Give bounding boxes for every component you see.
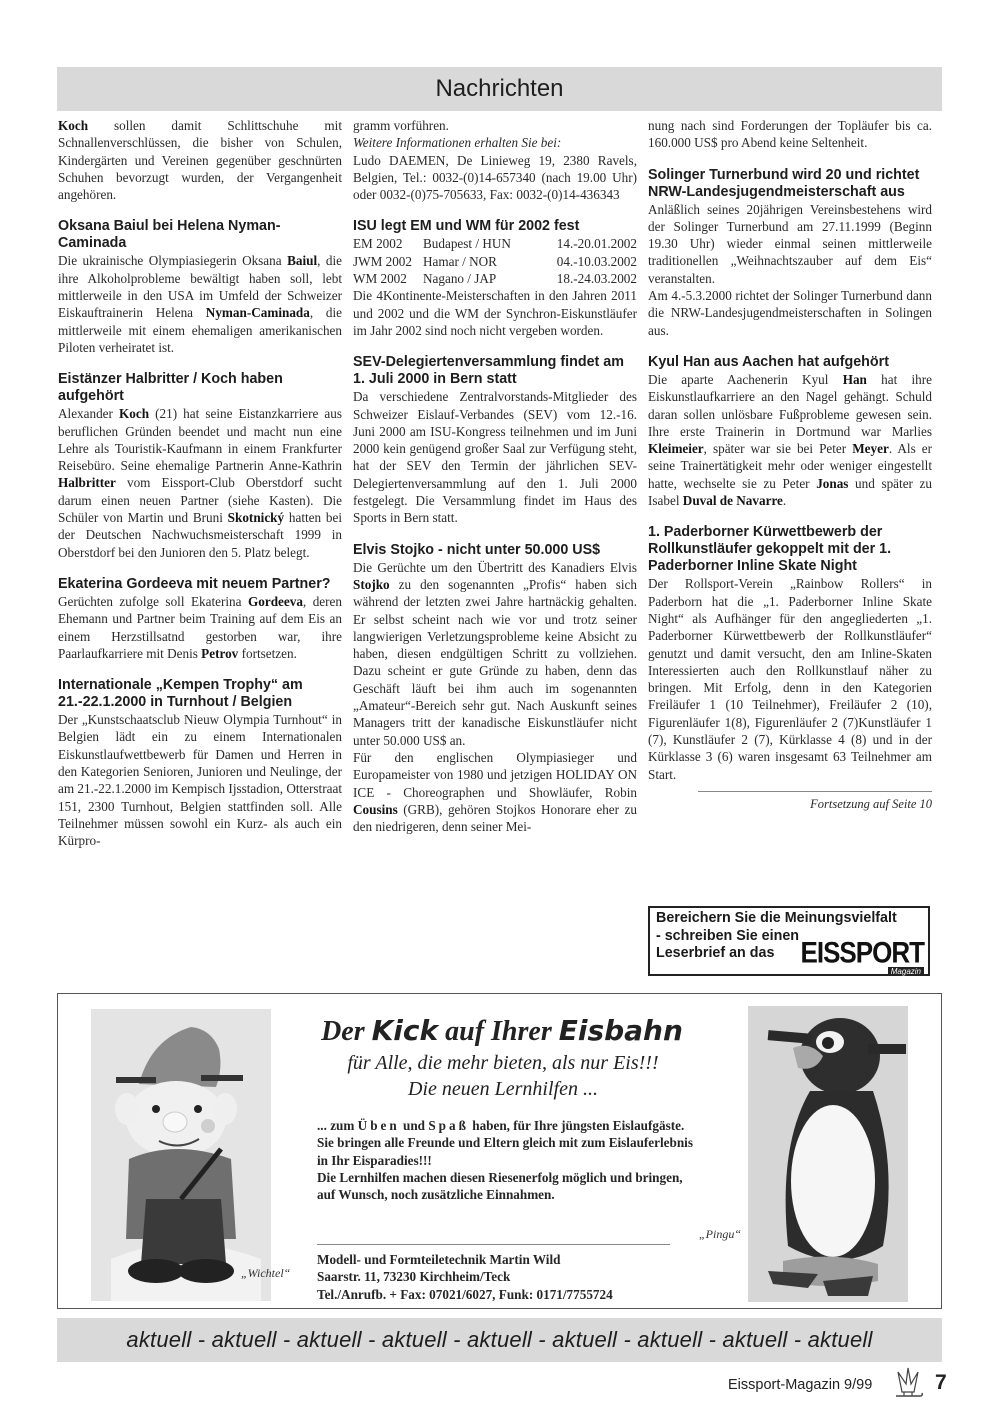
aktuell-banner: aktuell - aktuell - aktuell - aktuell - …	[57, 1318, 942, 1362]
photo-caption-pingu: „Pingu“	[699, 1227, 741, 1242]
article-headline-sev: SEV-Delegiertenversammlung findet am 1. …	[353, 354, 637, 388]
bold-name: Stojko	[353, 577, 390, 592]
article-headline-isu: ISU legt EM und WM für 2002 fest	[353, 218, 637, 235]
article-headline-han: Kyul Han aus Aachen hat aufgehört	[648, 354, 932, 371]
article-headline-gordeeva: Ekaterina Gordeeva mit neuem Partner?	[58, 576, 342, 593]
bold-name: Gordeeva	[248, 594, 303, 609]
eissport-logo: EISSPORT Magazin	[801, 937, 924, 968]
article-text: Die ukrainische Olympiasiegerin Oksana	[58, 253, 287, 268]
ad-contact-phone: Tel./Anrufb. + Fax: 07021/6027, Funk: 01…	[317, 1286, 717, 1303]
isu-schedule-table: EM 2002 Budapest / HUN 14.-20.01.2002 JW…	[353, 235, 637, 287]
article-body-sev: Da verschiedene Zentralvorstands-Mitglie…	[353, 388, 637, 526]
table-cell-location: Hamar / NOR	[423, 253, 535, 270]
penguin-figure-icon	[748, 1006, 908, 1302]
bold-name: Koch	[58, 118, 88, 133]
wichtel-photo	[91, 1009, 271, 1301]
aktuell-banner-text: aktuell - aktuell - aktuell - aktuell - …	[57, 1327, 942, 1353]
article-intro-continued: Koch sollen damit Schlittschuhe mit Schn…	[58, 117, 342, 203]
ad-body-line-1: ... zum Üben und Spaß haben, für Ihre jü…	[317, 1117, 697, 1134]
ad-text: und	[400, 1118, 429, 1133]
ad-body-line-3: Die Lernhilfen machen diesen Riesenerfol…	[317, 1169, 697, 1204]
ad-text: ... zum	[317, 1118, 358, 1133]
article-body-paderborn: Der Rollsport-Verein „Rainbow Rollers“ i…	[648, 575, 932, 783]
ad-text-spaced: Spaß	[428, 1118, 469, 1133]
advertisement-box: „Wichtel“ Der Kick auf Ihrer Eisbahn für…	[57, 993, 942, 1309]
ad-subline-1: für Alle, die mehr bieten, als nur Eis!!…	[288, 1052, 718, 1075]
column-3: nung nach sind Forderungen der Topläufer…	[648, 117, 932, 813]
ad-text: haben, für Ihre jüngsten Eislaufgäste.	[469, 1118, 684, 1133]
ad-body-text: ... zum Üben und Spaß haben, für Ihre jü…	[317, 1117, 697, 1203]
bold-name: Koch	[119, 406, 149, 421]
bold-name: Kleimeier	[648, 441, 704, 456]
table-cell-dates: 18.-24.03.2002	[535, 270, 637, 287]
eissport-logo-subtext: Magazin	[888, 967, 924, 976]
column-1: Koch sollen damit Schlittschuhe mit Schn…	[58, 117, 342, 850]
ad-headline-text: auf Ihrer	[438, 1016, 559, 1047]
bold-name: Skotnický	[228, 510, 284, 525]
article-text: Die Gerüchte um den Übertritt des Kanadi…	[353, 560, 637, 575]
table-row: WM 2002 Nagano / JAP 18.-24.03.2002	[353, 270, 637, 287]
article-text: Gerüchten zufolge soll Ekaterina	[58, 594, 248, 609]
table-cell-dates: 04.-10.03.2002	[535, 253, 637, 270]
article-text: .	[783, 493, 786, 508]
article-headline-paderborn: 1. Paderborner Kürwettbewerb der Rollkun…	[648, 524, 932, 575]
table-cell-event: WM 2002	[353, 270, 423, 287]
article-text: Alexander	[58, 406, 119, 421]
article-body-stojko-2: Für den englischen Olympiasieger und Eur…	[353, 749, 637, 835]
article-text: fortsetzen.	[238, 646, 297, 661]
letter-to-editor-box: Bereichern Sie die Meinungsvielfalt - sc…	[648, 906, 930, 976]
column-2: gramm vorführen. Weitere Informationen e…	[353, 117, 637, 835]
bold-name: Meyer	[852, 441, 889, 456]
bold-name: Nyman-Caminada	[206, 305, 310, 320]
pingu-photo	[748, 1006, 908, 1302]
bold-name: Halbritter	[58, 475, 116, 490]
bold-name: Cousins	[353, 802, 398, 817]
table-cell-location: Nagano / JAP	[423, 270, 535, 287]
section-title: Nachrichten	[57, 75, 942, 103]
article-body-stojko-1: Die Gerüchte um den Übertritt des Kanadi…	[353, 559, 637, 749]
bold-name: Baiul	[287, 253, 317, 268]
page-number: 7	[935, 1371, 947, 1395]
article-headline-solingen: Solinger Turnerbund wird 20 und richtet …	[648, 167, 932, 201]
table-cell-location: Budapest / HUN	[423, 235, 535, 252]
bold-name: Petrov	[201, 646, 238, 661]
ad-divider	[317, 1244, 670, 1245]
skate-blade-logo-icon	[894, 1366, 924, 1402]
ad-contact-address: Saarstr. 11, 73230 Kirchheim/Teck	[317, 1268, 717, 1285]
article-text: , später war sie bei Peter	[704, 441, 853, 456]
article-text: zu den sogenannten „Profis“ haben sich w…	[353, 577, 637, 748]
ad-headline-eisbahn: Eisbahn	[559, 1014, 683, 1047]
article-text: sollen damit Schlittschuhe mit Schnallen…	[58, 118, 342, 202]
article-body-solingen-1: Anläßlich seines 20jährigen Vereinsbeste…	[648, 201, 932, 287]
info-contact: Ludo DAEMEN, De Linieweg 19, 2380 Ravels…	[353, 152, 637, 204]
article-headline-halbritter: Eistänzer Halbritter / Koch haben aufgeh…	[58, 371, 342, 405]
photo-caption-wichtel: „Wichtel“	[241, 1266, 290, 1281]
article-text: Für den englischen Olympiasieger und Eur…	[353, 750, 637, 800]
article-headline-kempen: Internationale „Kempen Trophy“ am 21.-22…	[58, 677, 342, 711]
article-body-isu: Die 4Kontinente-Meisterschaften in den J…	[353, 287, 637, 339]
table-row: JWM 2002 Hamar / NOR 04.-10.03.2002	[353, 253, 637, 270]
eissport-logo-text: EISSPORT	[801, 935, 924, 971]
ad-headline-kick: Kick	[372, 1014, 439, 1047]
table-cell-dates: 14.-20.01.2002	[535, 235, 637, 252]
table-row: EM 2002 Budapest / HUN 14.-20.01.2002	[353, 235, 637, 252]
article-body-baiul: Die ukrainische Olympiasiegerin Oksana B…	[58, 252, 342, 356]
article-body-solingen-2: Am 4.-5.3.2000 richtet der Solinger Turn…	[648, 287, 932, 339]
article-stojko-continued: nung nach sind Forderungen der Topläufer…	[648, 117, 932, 152]
ad-headline-text: Der	[321, 1016, 372, 1047]
gnome-figure-icon	[91, 1009, 271, 1301]
ad-text-spaced: Üben	[358, 1118, 400, 1133]
article-body-han: Die aparte Aachenerin Kyul Han hat ihre …	[648, 371, 932, 509]
article-headline-stojko: Elvis Stojko - nicht unter 50.000 US$	[353, 542, 637, 559]
ad-contact-company: Modell- und Formteiletechnik Martin Wild	[317, 1251, 717, 1268]
bold-name: Jonas	[816, 476, 848, 491]
table-cell-event: EM 2002	[353, 235, 423, 252]
ad-body-line-2: Sie bringen alle Freunde und Eltern glei…	[317, 1134, 697, 1169]
ad-contact: Modell- und Formteiletechnik Martin Wild…	[317, 1251, 717, 1303]
table-cell-event: JWM 2002	[353, 253, 423, 270]
article-text: Die aparte Aachenerin Kyul	[648, 372, 843, 387]
bold-name: Han	[843, 372, 867, 387]
leserbrief-line-1: Bereichern Sie die Meinungsvielfalt	[656, 910, 928, 928]
article-body-gordeeva: Gerüchten zufolge soll Ekaterina Gordeev…	[58, 593, 342, 662]
footer-publication: Eissport-Magazin 9/99	[728, 1377, 872, 1393]
continuation-note: Fortsetzung auf Seite 10	[698, 791, 932, 813]
ad-headline: Der Kick auf Ihrer Eisbahn	[298, 1014, 706, 1048]
info-label: Weitere Informationen erhalten Sie bei:	[353, 134, 637, 151]
article-kempen-continued: gramm vorführen.	[353, 117, 637, 134]
section-header-band: Nachrichten	[57, 67, 942, 111]
bold-name: Duval de Navarre	[683, 493, 783, 508]
ad-subline-2: Die neuen Lernhilfen ...	[288, 1078, 718, 1101]
article-headline-baiul: Oksana Baiul bei Helena Nyman-Caminada	[58, 218, 342, 252]
article-body-kempen: Der „Kunstschaatsclub Nieuw Olympia Turn…	[58, 711, 342, 849]
article-body-halbritter: Alexander Koch (21) hat seine Eistanzkar…	[58, 405, 342, 561]
